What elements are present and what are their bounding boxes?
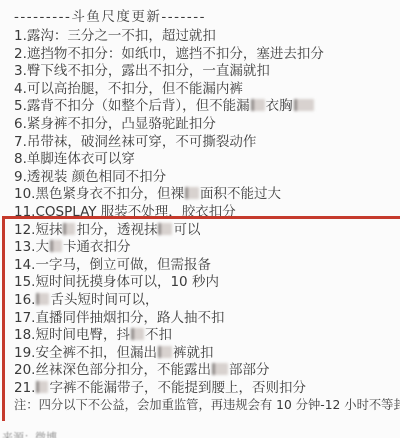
rule-line: 5.露背不扣分（如整个后背），但不能漏衣胸: [14, 98, 400, 116]
rule-line: 15.短时间抚摸身体可以，10 秒内: [14, 274, 400, 292]
rule-line: 9.透视装 颜色相同不扣分: [14, 169, 400, 187]
rule-text: 7.吊带袜，破洞丝袜可穿，不可撕裂动作: [14, 134, 256, 150]
rule-text: 16.: [14, 292, 35, 308]
rule-text: 裤就扣: [173, 345, 214, 361]
rule-text: 扣分，透视抹: [76, 222, 157, 238]
rule-line: 8.单脚连体衣可以穿: [14, 151, 400, 169]
rule-line: 4.可以高抬腿，不扣分，但不能漏内裤: [14, 81, 400, 99]
rule-text: 17.直播同伴抽烟扣分，路人抽不扣: [14, 310, 224, 326]
rule-line: 20.丝袜深色部分扣分，不能露出部部分: [14, 362, 400, 380]
rule-text: 1.露沟：三分之一不扣，超过就扣: [14, 28, 216, 44]
page-title: ---------斗鱼尺度更新-------: [14, 7, 400, 28]
rule-line: 3.臀下线不扣分，露出不扣分，一直漏就扣: [14, 63, 400, 81]
rule-line: 7.吊带袜，破洞丝袜可穿，不可撕裂动作: [14, 134, 400, 152]
censored-text-blur: [50, 240, 62, 252]
rule-line: 6.紧身裤不扣分，凸显骆驼趾扣分: [14, 116, 400, 134]
rule-text: 字裤不能漏带子，不能提到腰上，否则扣分: [49, 380, 306, 396]
rule-line: 16.舌头短时间可以，: [14, 292, 400, 310]
source-caption: 来源：微博: [2, 429, 57, 438]
rule-text: 11.COSPLAY 服装不处理，胶衣扣分: [14, 204, 236, 220]
rules-document: ---------斗鱼尺度更新------- 1.露沟：三分之一不扣，超过就扣2…: [0, 0, 400, 415]
rule-text: 13.大: [14, 239, 49, 255]
rule-text: 19.安全裤不扣，但漏出: [14, 345, 157, 361]
rule-line: 19.安全裤不扣，但漏出裤就扣: [14, 345, 400, 363]
rule-text: 3.臀下线不扣分，露出不扣分，一直漏就扣: [14, 63, 270, 79]
rule-line: 11.COSPLAY 服装不处理，胶衣扣分: [14, 204, 400, 222]
rule-text: 8.单脚连体衣可以穿: [14, 151, 135, 167]
rule-text: 可以: [173, 222, 200, 238]
rule-text: 9.透视装 颜色相同不扣分: [14, 169, 166, 185]
rule-text: 14.一字马，倒立可做，但需报备: [14, 257, 211, 273]
rules-list: 1.露沟：三分之一不扣，超过就扣2.遮挡物不扣分：如纸巾，遮挡不扣分，塞进去扣分…: [14, 28, 400, 397]
rule-text: 舌头短时间可以，: [50, 292, 158, 308]
rule-text: 6.紧身裤不扣分，凸显骆驼趾扣分: [14, 116, 216, 132]
censored-text-blur: [294, 99, 314, 111]
rule-text: 2.遮挡物不扣分：如纸巾，遮挡不扣分，塞进去扣分: [14, 46, 324, 62]
censored-text-blur: [251, 99, 265, 111]
censored-text-blur: [158, 346, 172, 358]
censored-text-blur: [212, 363, 228, 375]
rule-text: 12.短抹: [14, 222, 62, 238]
rule-line: 2.遮挡物不扣分：如纸巾，遮挡不扣分，塞进去扣分: [14, 46, 400, 64]
rule-line: 13.大卡通衣扣分: [14, 239, 400, 257]
rule-text: 10.黑色紧身衣不扣分，但裸: [14, 186, 184, 202]
censored-text-blur: [63, 223, 75, 235]
rule-text: 部部分: [229, 362, 270, 378]
rule-line: 17.直播同伴抽烟扣分，路人抽不扣: [14, 310, 400, 328]
rule-line: 10.黑色紧身衣不扣分，但裸面积不能过大: [14, 186, 400, 204]
censored-text-blur: [131, 328, 144, 340]
note-line: 注：四分以下不公益，会加重监管，再违规会有 10 分钟-12 小时不等封禁: [14, 397, 400, 415]
rule-text: 18.短时间电臀，抖: [14, 327, 130, 343]
rule-text: 15.短时间抚摸身体可以，10 秒内: [14, 274, 219, 290]
rule-text: 不扣: [145, 327, 172, 343]
rule-line: 12.短抹扣分，透视抹可以: [14, 222, 400, 240]
rule-line: 1.露沟：三分之一不扣，超过就扣: [14, 28, 400, 46]
rule-text: 卡通衣扣分: [63, 239, 131, 255]
censored-text-blur: [36, 381, 48, 393]
rule-text: 21.: [14, 380, 35, 396]
rule-text: 4.可以高抬腿，不扣分，但不能漏内裤: [14, 81, 243, 97]
rule-text: 衣胸: [266, 98, 293, 114]
censored-text-blur: [185, 187, 199, 199]
rule-text: 5.露背不扣分（如整个后背），但不能漏: [14, 98, 250, 114]
rule-line: 21.字裤不能漏带子，不能提到腰上，否则扣分: [14, 380, 400, 398]
censored-text-blur: [158, 223, 172, 235]
rule-line: 18.短时间电臀，抖不扣: [14, 327, 400, 345]
rule-text: 面积不能过大: [200, 186, 281, 202]
rule-line: 14.一字马，倒立可做，但需报备: [14, 257, 400, 275]
rule-text: 20.丝袜深色部分扣分，不能露出: [14, 362, 211, 378]
censored-text-blur: [36, 293, 49, 305]
